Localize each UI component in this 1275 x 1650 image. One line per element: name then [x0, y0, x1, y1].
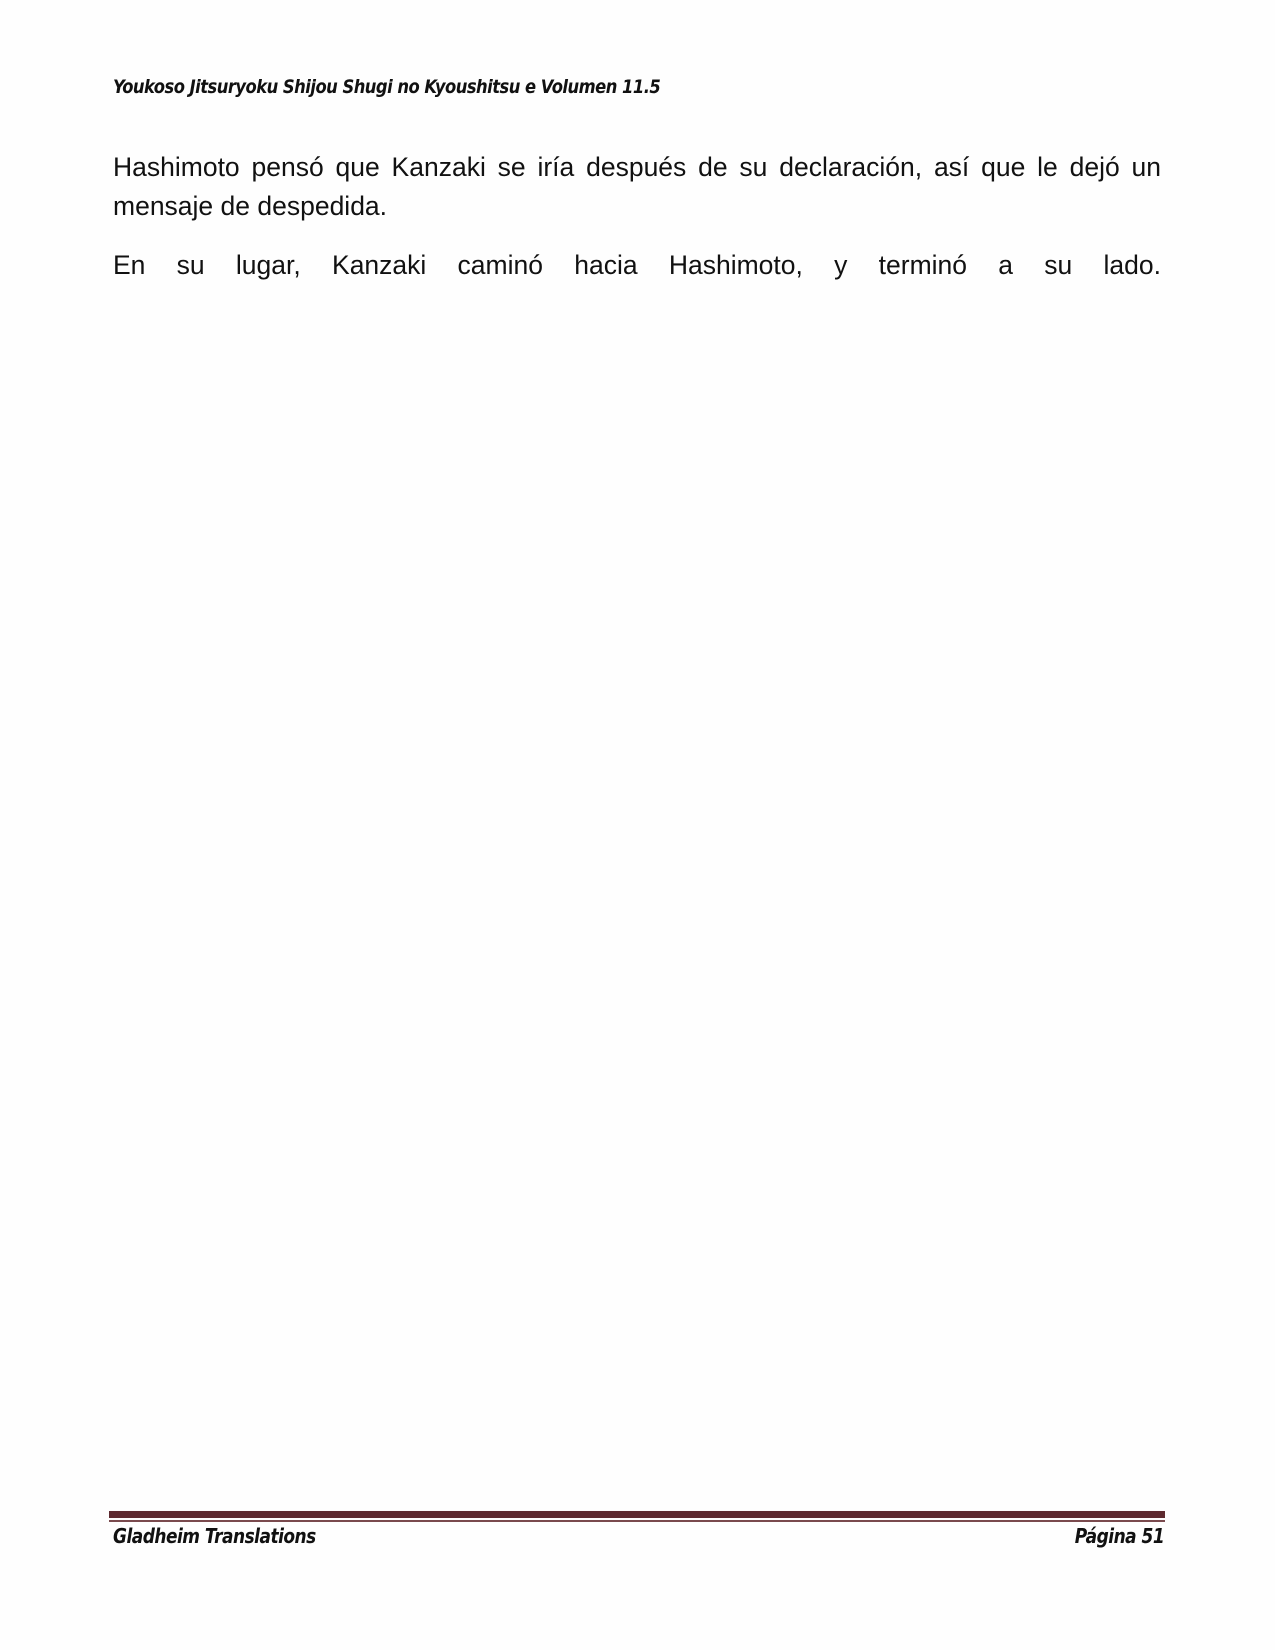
paragraph: Hashimoto pensó que Kanzaki se iría desp… [113, 148, 1161, 226]
footer-translator-credit: Gladheim Translations [113, 1524, 316, 1548]
paragraph: En su lugar, Kanzaki caminó hacia Hashim… [113, 246, 1161, 285]
footer-rule-thin [109, 1520, 1165, 1522]
footer-page-number: Página 51 [1075, 1524, 1164, 1548]
footer-rule-thick [109, 1511, 1165, 1518]
running-header-title: Youkoso Jitsuryoku Shijou Shugi no Kyous… [113, 76, 660, 98]
page-body: Hashimoto pensó que Kanzaki se iría desp… [113, 148, 1161, 305]
